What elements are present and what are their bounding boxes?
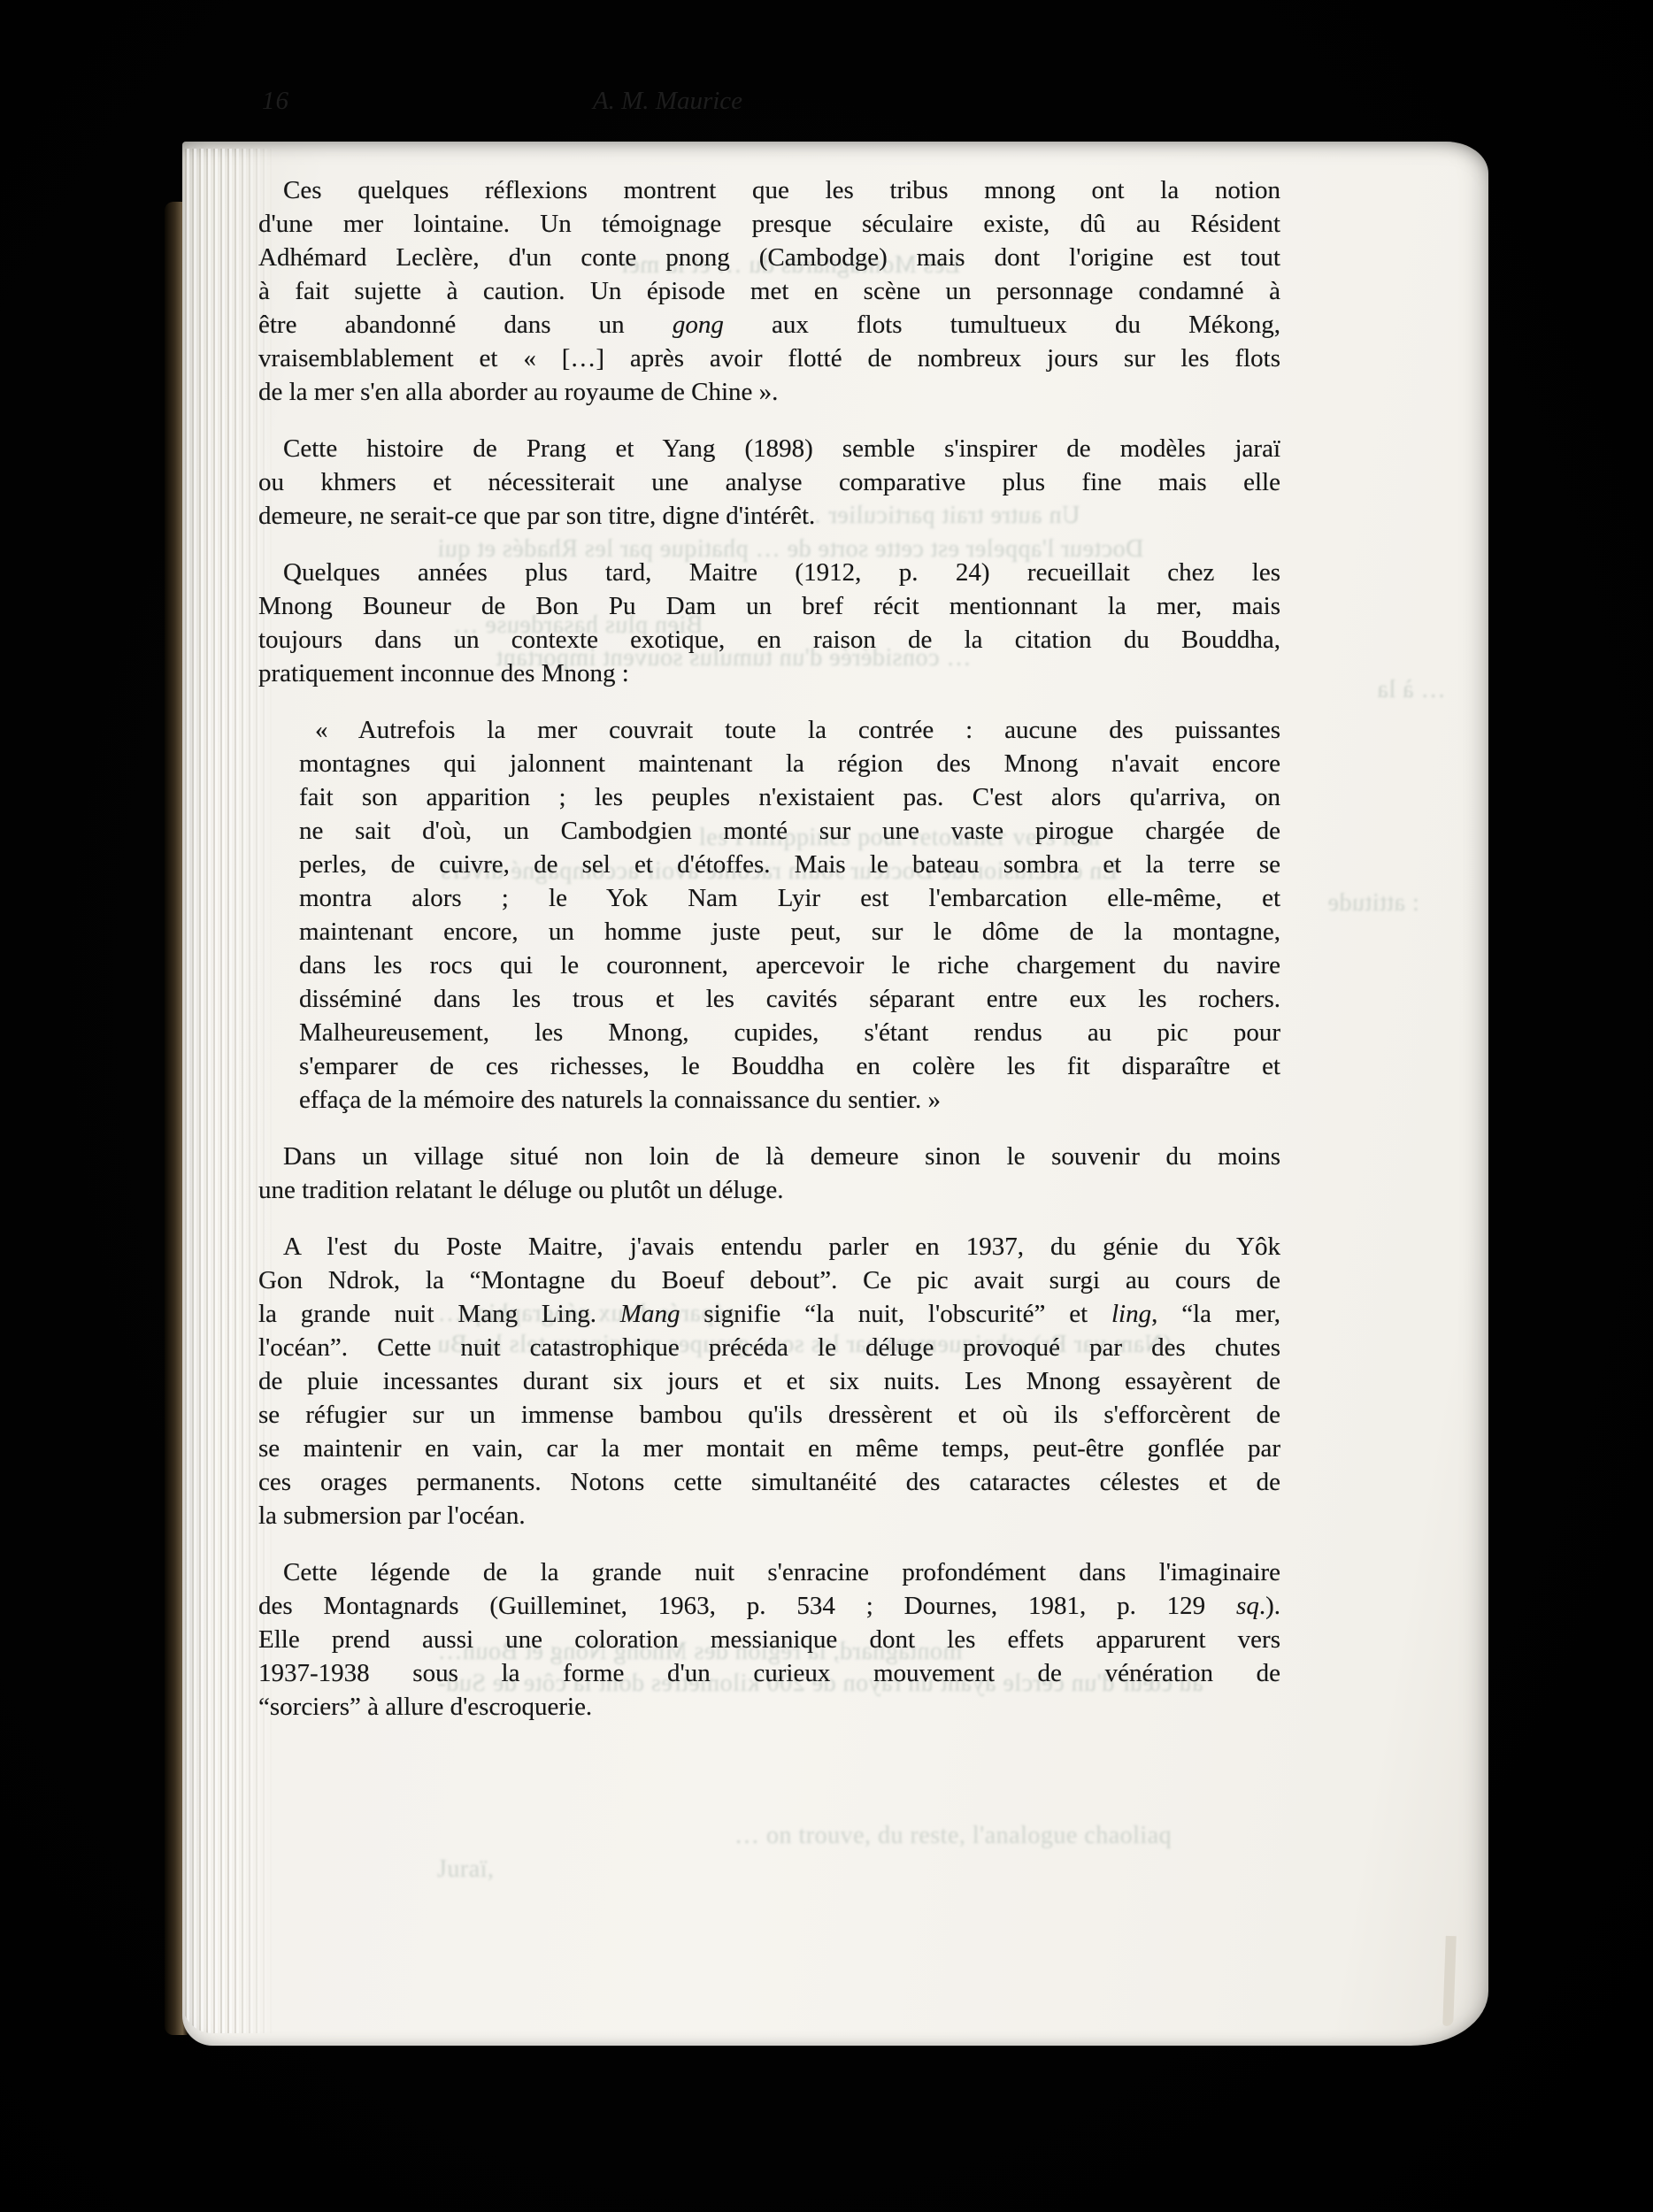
- text-line: A l'est du Poste Maitre, j'avais entendu…: [258, 1230, 1280, 1263]
- text-line: dans les rocs qui le couronnent, apercev…: [299, 949, 1280, 982]
- text-line: 1937-1938 sous la forme d'un curieux mou…: [258, 1656, 1280, 1690]
- body-text: Ces quelques réflexions montrent que les…: [258, 173, 1280, 1724]
- text-line: de la mer s'en alla aborder au royaume d…: [258, 375, 1280, 409]
- text-line: Adhémard Leclère, d'un conte pnong (Camb…: [258, 241, 1280, 274]
- text-line: d'une mer lointaine. Un témoignage presq…: [258, 207, 1280, 241]
- paragraph: Cette histoire de Prang et Yang (1898) s…: [258, 432, 1280, 533]
- text-line: Cette légende de la grande nuit s'enraci…: [258, 1555, 1280, 1589]
- text-line: ces orages permanents. Notons cette simu…: [258, 1465, 1280, 1499]
- text-line: Gon Ndrok, la “Montagne du Boeuf debout”…: [258, 1263, 1280, 1297]
- text-line: Mnong Bouneur de Bon Pu Dam un bref réci…: [258, 589, 1280, 623]
- text-line: Cette histoire de Prang et Yang (1898) s…: [258, 432, 1280, 465]
- text-line: la grande nuit Mang Ling. Mang signifie …: [258, 1297, 1280, 1331]
- text-line: fait son apparition ; les peuples n'exis…: [299, 780, 1280, 814]
- text-line: effaça de la mémoire des naturels la con…: [299, 1083, 1280, 1117]
- paragraph: Ces quelques réflexions montrent que les…: [258, 173, 1280, 409]
- text-line: pratiquement inconnue des Mnong :: [258, 657, 1280, 690]
- text-line: s'emparer de ces richesses, le Bouddha e…: [299, 1049, 1280, 1083]
- text-line: des Montagnards (Guilleminet, 1963, p. 5…: [258, 1589, 1280, 1623]
- text-line: l'océan”. Cette nuit catastrophique préc…: [258, 1331, 1280, 1364]
- text-line: demeure, ne serait-ce que par son titre,…: [258, 499, 1280, 533]
- text-line: Elle prend aussi une coloration messiani…: [258, 1623, 1280, 1656]
- text-line: « Autrefois la mer couvrait toute la con…: [299, 713, 1280, 747]
- text-line: être abandonné dans un gong aux flots tu…: [258, 308, 1280, 342]
- text-line: de pluie incessantes durant six jours et…: [258, 1364, 1280, 1398]
- paragraph: Quelques années plus tard, Maitre (1912,…: [258, 556, 1280, 690]
- text-line: montagnes qui jalonnent maintenant la ré…: [299, 747, 1280, 780]
- text-line: montra alors ; le Yok Nam Lyir est l'emb…: [299, 881, 1280, 915]
- paragraph: A l'est du Poste Maitre, j'avais entendu…: [258, 1230, 1280, 1532]
- text-line: la submersion par l'océan.: [258, 1499, 1280, 1532]
- text-line: maintenant encore, un homme juste peut, …: [299, 915, 1280, 949]
- paragraph: Cette légende de la grande nuit s'enraci…: [258, 1555, 1280, 1724]
- text-line: Malheureusement, les Mnong, cupides, s'é…: [299, 1016, 1280, 1049]
- text-line: perles, de cuivre, de sel et d'étoffes. …: [299, 848, 1280, 881]
- text-line: se maintenir en vain, car la mer montait…: [258, 1432, 1280, 1465]
- text-line: “sorciers” à allure d'escroquerie.: [258, 1690, 1280, 1724]
- paragraph: Dans un village situé non loin de là dem…: [258, 1140, 1280, 1207]
- book-photo: Les Montagnards du … et la merUn autre t…: [0, 0, 1653, 2212]
- block-quote: « Autrefois la mer couvrait toute la con…: [299, 713, 1280, 1117]
- text-line: à fait sujette à caution. Un épisode met…: [258, 274, 1280, 308]
- text-line: disséminé dans les trous et les cavités …: [299, 982, 1280, 1016]
- text-line: ne sait d'où, un Cambodgien monté sur un…: [299, 814, 1280, 848]
- page-header: 16 A. M. Maurice: [258, 87, 1280, 124]
- running-head: A. M. Maurice: [258, 87, 1077, 116]
- text-line: Dans un village situé non loin de là dem…: [258, 1140, 1280, 1173]
- text-line: une tradition relatant le déluge ou plut…: [258, 1173, 1280, 1207]
- text-line: ou khmers et nécessiterait une analyse c…: [258, 465, 1280, 499]
- text-line: se réfugier sur un immense bambou qu'ils…: [258, 1398, 1280, 1432]
- text-line: toujours dans un contexte exotique, en r…: [258, 623, 1280, 657]
- text-line: Ces quelques réflexions montrent que les…: [258, 173, 1280, 207]
- text-line: vraisemblablement et « […] après avoir f…: [258, 342, 1280, 375]
- text-line: Quelques années plus tard, Maitre (1912,…: [258, 556, 1280, 589]
